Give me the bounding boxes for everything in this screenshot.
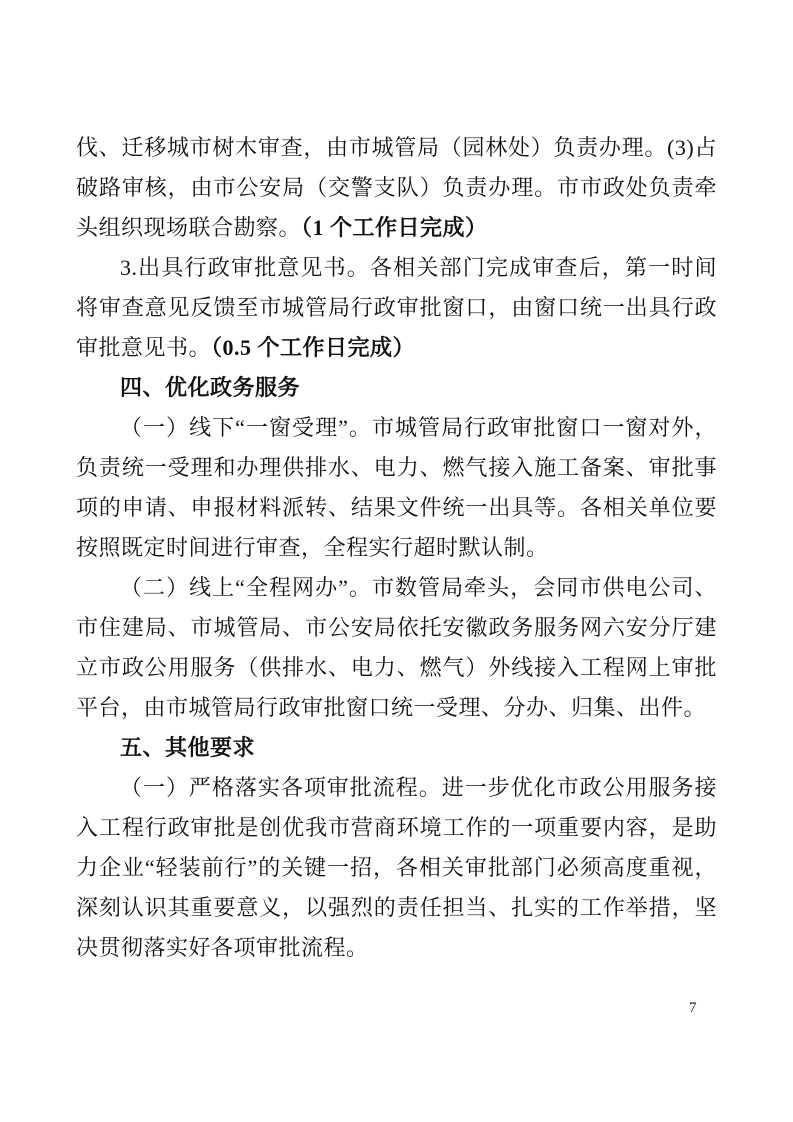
deadline-note: （1 个工作日完成）	[301, 215, 488, 240]
document-page: 伐、迁移城市树木审查，由市城管局（园林处）负责办理。(3)占破路审核，由市公安局…	[0, 0, 793, 1122]
page-number: 7	[689, 998, 697, 1018]
paragraph-offline-one-window: （一）线下“一窗受理”。市城管局行政审批窗口一窗对外，负责统一受理和办理供排水、…	[76, 408, 717, 568]
lead-in-phrase: （一）线下“一窗受理”。	[120, 415, 372, 440]
paragraph-online-full-process: （二）线上“全程网办”。市数管局牵头，会同市供电公司、市住建局、市城管局、市公安…	[76, 568, 717, 728]
document-body: 伐、迁移城市树木审查，由市城管局（园林处）负责办理。(3)占破路审核，由市公安局…	[76, 128, 717, 968]
lead-in-phrase: （二）线上“全程网办”。	[120, 575, 372, 600]
heading-section-4: 四、优化政务服务	[76, 368, 717, 408]
paragraph-text: 进一步优化市政公用服务接入工程行政审批是创优我市营商环境工作的一项重要内容，是助…	[76, 775, 717, 960]
heading-section-5: 五、其他要求	[76, 728, 717, 768]
lead-in-phrase: （一）严格落实各项审批流程。	[120, 775, 442, 800]
paragraph-strict-implementation: （一）严格落实各项审批流程。进一步优化市政公用服务接入工程行政审批是创优我市营商…	[76, 768, 717, 968]
paragraph-tree-removal-review: 伐、迁移城市树木审查，由市城管局（园林处）负责办理。(3)占破路审核，由市公安局…	[76, 128, 717, 248]
deadline-note: （0.5 个工作日完成）	[211, 335, 415, 360]
paragraph-approval-opinion: 3.出具行政审批意见书。各相关部门完成审查后，第一时间将审查意见反馈至市城管局行…	[76, 248, 717, 368]
